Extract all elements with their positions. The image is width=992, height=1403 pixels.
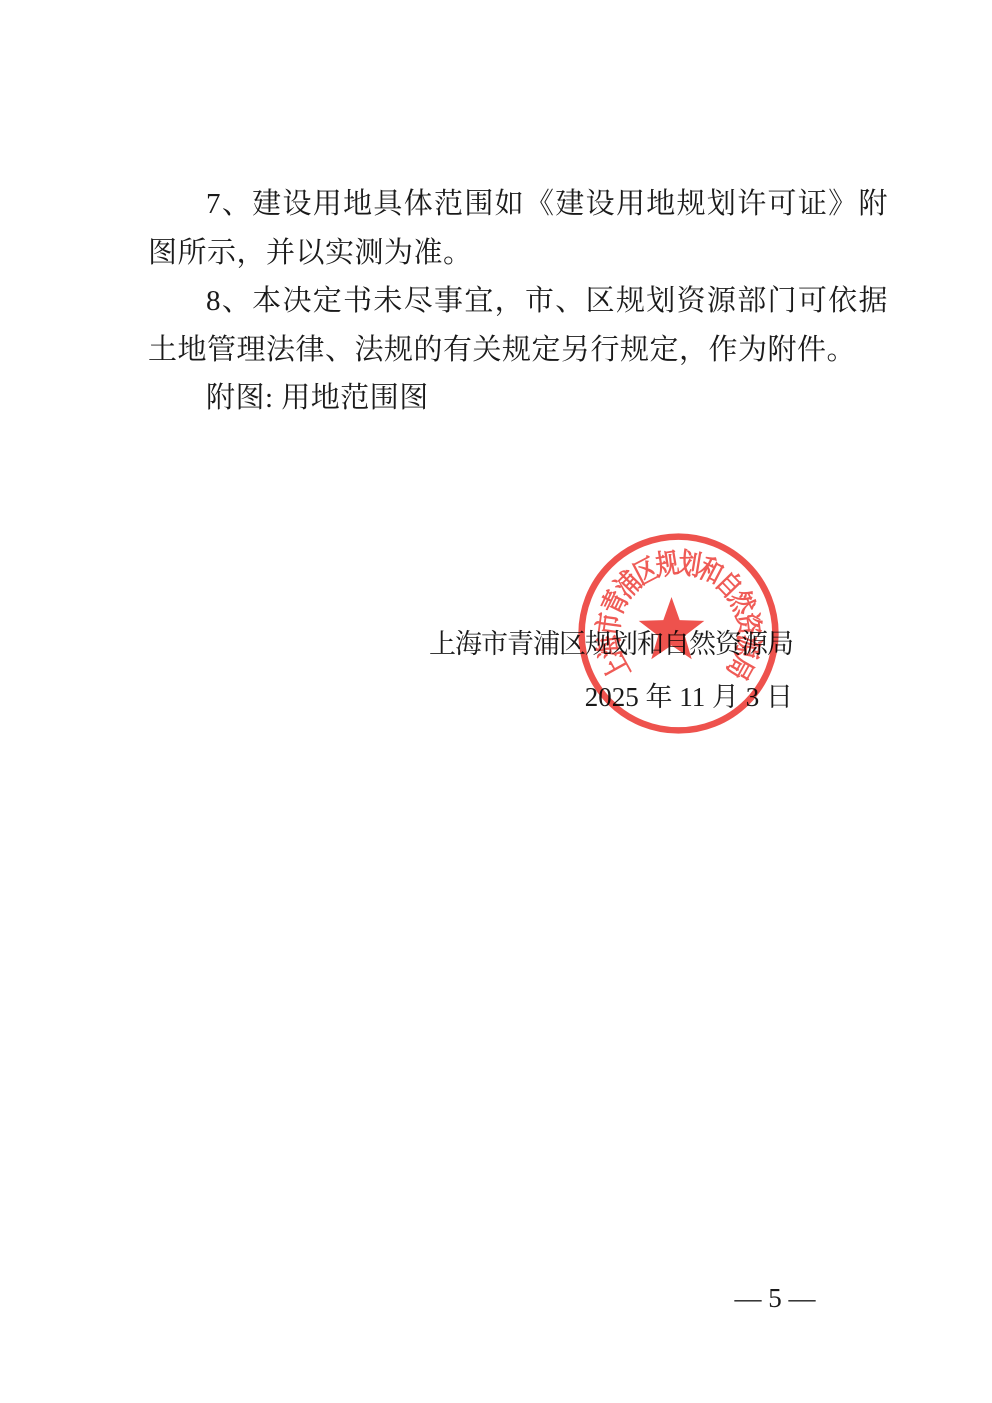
paragraph-8: 8、本决定书未尽事宜，市、区规划资源部门可依据土地管理法律、法规的有关规定另行规… <box>148 277 888 374</box>
document-body: 7、建设用地具体范围如《建设用地规划许可证》附图所示，并以实测为准。 8、本决定… <box>148 180 888 423</box>
document-page: 7、建设用地具体范围如《建设用地规划许可证》附图所示，并以实测为准。 8、本决定… <box>0 0 992 1403</box>
seal-ring-text: 上海市青浦区规划和自然资源局 <box>592 547 767 685</box>
page-number: — 5 — <box>725 1283 825 1314</box>
attachment-note: 附图: 用地范围图 <box>148 374 888 423</box>
official-seal: 上海市青浦区规划和自然资源局 <box>576 531 781 736</box>
seal-star-icon <box>639 597 705 659</box>
paragraph-7: 7、建设用地具体范围如《建设用地规划许可证》附图所示，并以实测为准。 <box>148 180 888 277</box>
